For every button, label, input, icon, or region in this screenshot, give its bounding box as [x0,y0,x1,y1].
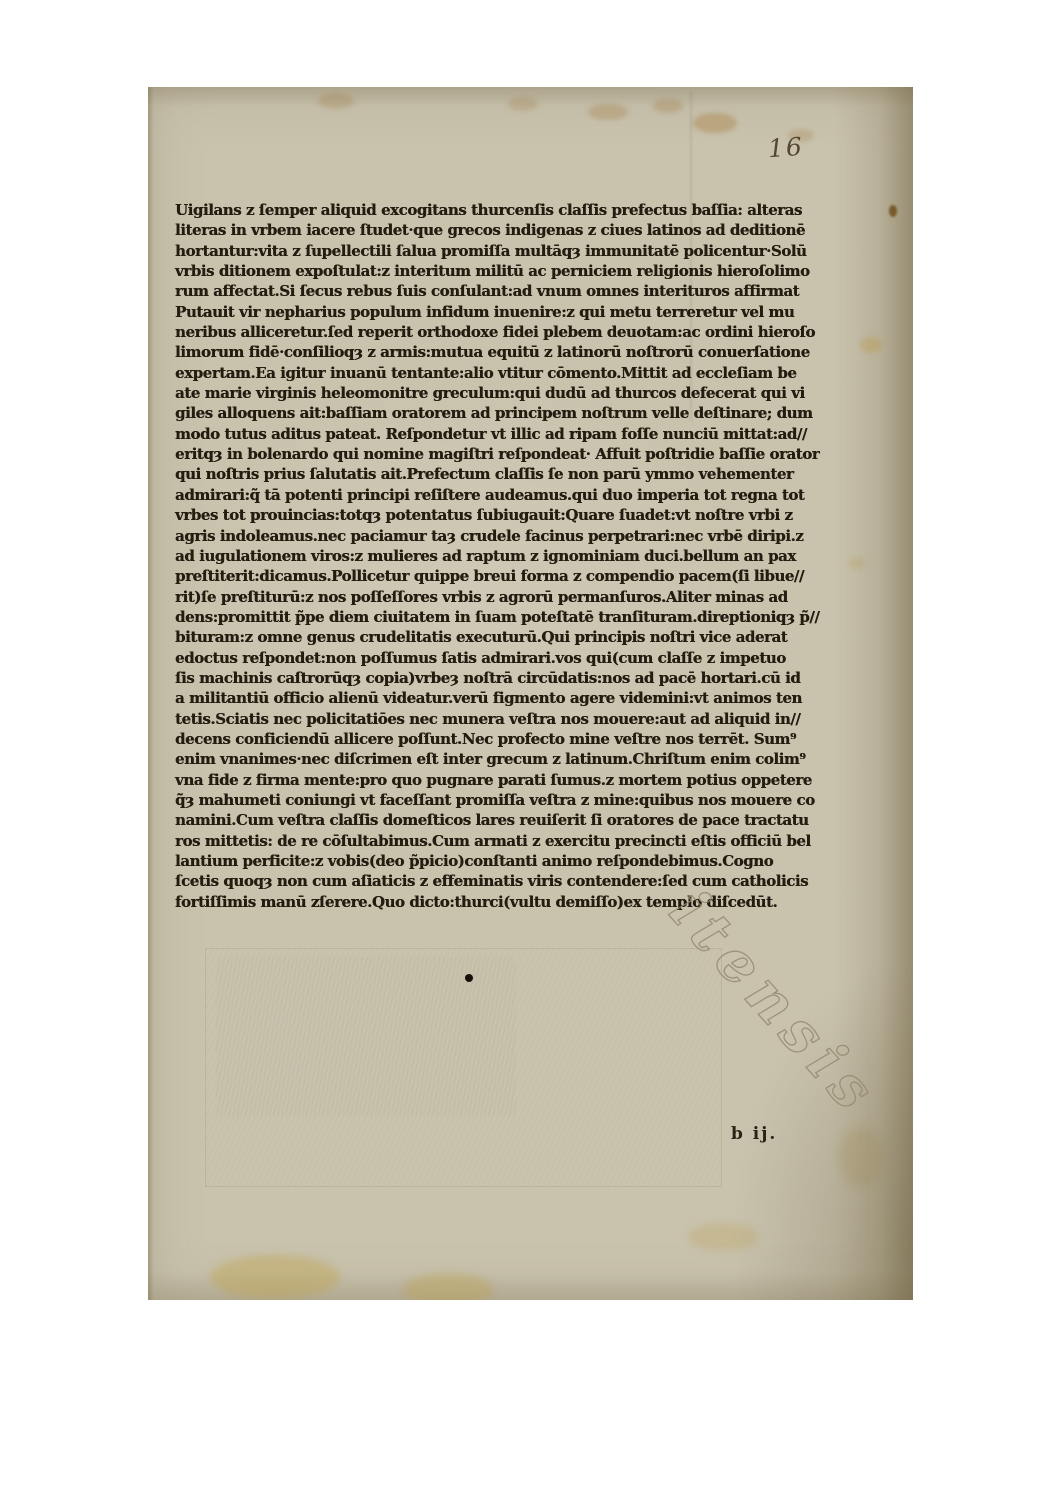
text-line-20: rit)ſe preſtiturū:z nos poſſeſſores vrbi… [175,587,801,607]
signature-mark: b ij. [731,1124,777,1144]
stain [508,97,538,111]
stain [688,1223,758,1251]
scanned-page: 16 Uigilans z ſemper aliquid excogitans … [148,87,913,1300]
text-line-23: edoctus reſpondet:non poſſumus ſatis adm… [175,648,801,668]
folio-number: 16 [767,132,805,163]
text-line-6: Putauit vir nepharius populum infidum in… [175,302,801,322]
text-line-1: Uigilans z ſemper aliquid excogitans thu… [175,200,801,220]
text-line-22: bituram:z omne genus crudelitatis execut… [175,627,801,647]
text-line-32: ros mittetis: de re cōſultabimus.Cum arm… [175,831,801,851]
text-line-31: namini.Cum veſtra claſſis domeſticos lar… [175,810,801,830]
ink-spot [889,205,897,217]
text-line-33: lantium perficite:z vobis(deo p̃picio)co… [175,851,801,871]
text-line-17: agris indoleamus.nec paciamur taȝ crudel… [175,526,801,546]
text-line-26: tetis.Sciatis nec policitatiōes nec mune… [175,709,801,729]
text-line-14: qui noſtris prius ſalutatis ait.Prefectu… [175,464,801,484]
text-line-9: expertam.Ea igitur inuanū tentante:alio … [175,363,801,383]
stain [848,557,866,569]
stain [653,99,683,113]
ink-dot [465,974,473,982]
text-line-10: ate marie virginis heleomonitre greculum… [175,383,801,403]
stain [693,113,737,133]
text-line-21: dens:promittit p̃pe diem ciuitatem in ſu… [175,607,801,627]
text-line-3: hortantur:vita z ſupellectili ſalua prom… [175,241,801,261]
text-line-28: enim vnanimes·nec diſcrimen eſt inter gr… [175,749,801,769]
text-line-29: vna fide z firma mente:pro quo pugnare p… [175,770,801,790]
stain [210,1255,340,1299]
text-line-11: giles alloquens ait:baſſiam oratorem ad … [175,403,801,423]
text-line-25: a militantiū officio alienū videatur.ver… [175,688,801,708]
text-line-27: decens conficiendū allicere poſſunt.Nec … [175,729,801,749]
text-block: Uigilans z ſemper aliquid excogitans thu… [175,200,801,912]
text-line-19: preſtiterit:dicamus.Pollicetur quippe br… [175,566,801,586]
stain [588,104,628,120]
text-line-4: vrbis ditionem expoſtulat:z interitum mi… [175,261,801,281]
text-line-8: limorum fidē·conſilioqȝ z armis:mutua eq… [175,342,801,362]
stain [860,337,882,353]
stain [318,93,354,109]
text-line-18: ad iugulationem viros:z mulieres ad rapt… [175,546,801,566]
text-line-7: neribus alliceretur.ſed reperit orthodox… [175,322,801,342]
stain [403,1273,493,1300]
text-line-24: ſis machinis caſtrorūqȝ copia)vrbeȝ noſt… [175,668,801,688]
text-line-12: modo tutus aditus pateat. Reſpondetur vt… [175,424,801,444]
text-line-15: admirari:q̃ tā potenti principi reſiſter… [175,485,801,505]
text-line-2: literas in vrbem iacere ſtudet·que greco… [175,220,801,240]
text-line-13: eritqȝ in bolenardo qui nomine magiſtri … [175,444,801,464]
text-line-5: rum affectat.Si ſecus rebus ſuis conſula… [175,281,801,301]
text-line-16: vrbes tot prouincias:totqȝ potentatus ſu… [175,505,801,525]
text-line-30: q̃ȝ mahumeti coniungi vt faceſſant promi… [175,790,801,810]
